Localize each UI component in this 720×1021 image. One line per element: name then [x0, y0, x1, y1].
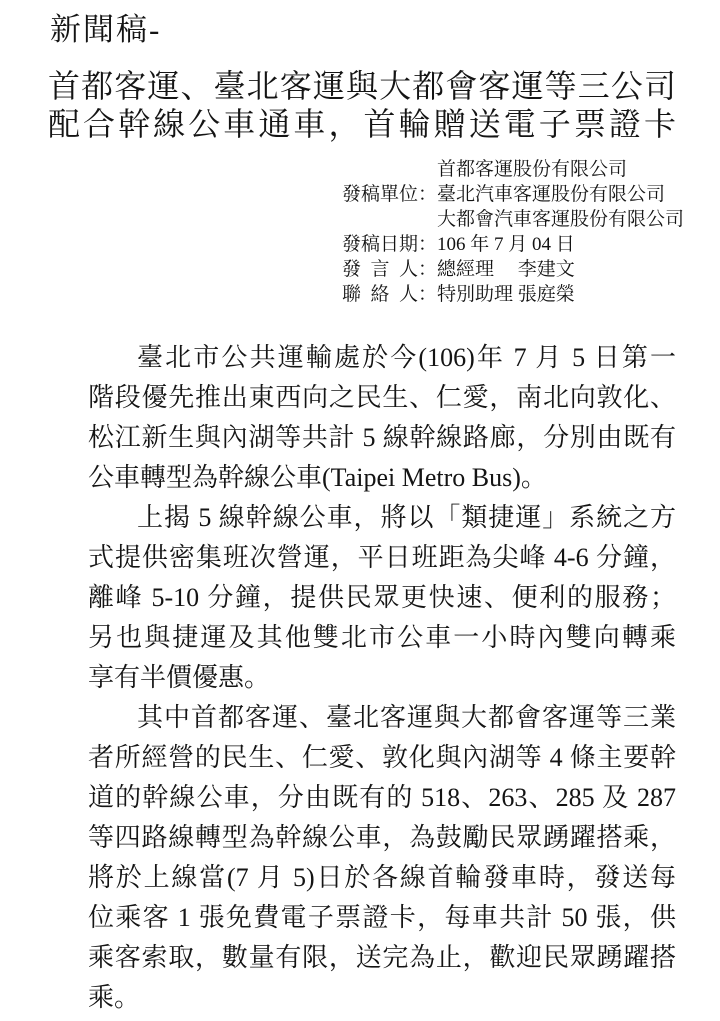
text-line: 松江新生與內湖等共計 5 線幹線路廊，分別由既有 [88, 418, 676, 458]
meta-separator [418, 207, 437, 232]
meta-label: 發稿單位 [342, 182, 418, 207]
meta-value: 首都客運股份有限公司 [437, 159, 627, 180]
text-line: 乘客索取，數量有限，送完為止，歡迎民眾踴躍搭 [88, 938, 676, 978]
text-line: 等四路線轉型為幹線公車，為鼓勵民眾踴躍搭乘， [88, 818, 676, 858]
meta-separator: ： [418, 282, 437, 307]
text-line: 享有半價優惠。 [88, 658, 676, 698]
title-line: 配合幹線公車通車，首輪贈送電子票證卡 [48, 105, 676, 143]
meta-value: 大都會汽車客運股份有限公司 [437, 209, 684, 230]
meta-row: 首都客運股份有限公司 [342, 157, 682, 182]
meta-row: 聯絡人：特別助理 張庭榮 [342, 282, 682, 307]
meta-separator [418, 157, 437, 182]
meta-value: 總經理 李建文 [437, 259, 575, 280]
text-line: 位乘客 1 張免費電子票證卡，每車共計 50 張，供 [88, 898, 676, 938]
text-line: 公車轉型為幹線公車(Taipei Metro Bus)。 [88, 458, 676, 498]
text-line: 上揭 5 線幹線公車，將以「類捷運」系統之方 [88, 498, 676, 538]
paragraph: 上揭 5 線幹線公車，將以「類捷運」系統之方式提供密集班次營運，平日班距為尖峰 … [88, 498, 676, 698]
press-release-title: 首都客運、臺北客運與大都會客運等三公司配合幹線公車通車，首輪贈送電子票證卡 [48, 67, 676, 143]
text-line: 另也與捷運及其他雙北市公車一小時內雙向轉乘 [88, 618, 676, 658]
meta-row: 大都會汽車客運股份有限公司 [342, 207, 682, 232]
meta-block: 首都客運股份有限公司發稿單位：臺北汽車客運股份有限公司 大都會汽車客運股份有限公… [342, 157, 682, 307]
meta-row: 發稿日期：106 年 7 月 04 日 [342, 232, 682, 257]
meta-label: 發稿日期 [342, 232, 418, 257]
meta-row: 發稿單位：臺北汽車客運股份有限公司 [342, 182, 682, 207]
meta-row: 發言人：總經理 李建文 [342, 257, 682, 282]
text-line: 者所經營的民生、仁愛、敦化與內湖等 4 條主要幹 [88, 738, 676, 778]
meta-label: 聯絡人 [342, 282, 418, 307]
text-line: 乘。 [88, 978, 676, 1018]
paragraph: 臺北市公共運輸處於今(106)年 7 月 5 日第一階段優先推出東西向之民生、仁… [88, 338, 676, 498]
doc-type-label: 新聞稿- [50, 12, 161, 48]
title-line: 首都客運、臺北客運與大都會客運等三公司 [48, 67, 676, 105]
meta-value: 特別助理 張庭榮 [437, 284, 575, 305]
paragraph: 其中首都客運、臺北客運與大都會客運等三業者所經營的民生、仁愛、敦化與內湖等 4 … [88, 698, 676, 1018]
meta-value: 106 年 7 月 04 日 [437, 234, 575, 255]
meta-separator: ： [418, 257, 437, 282]
meta-label: 發言人 [342, 257, 418, 282]
text-line: 階段優先推出東西向之民生、仁愛，南北向敦化、 [88, 378, 676, 418]
text-line: 其中首都客運、臺北客運與大都會客運等三業 [88, 698, 676, 738]
text-line: 道的幹線公車，分由既有的 518、263、285 及 287 [88, 778, 676, 818]
text-line: 式提供密集班次營運，平日班距為尖峰 4-6 分鐘， [88, 538, 676, 578]
text-line: 臺北市公共運輸處於今(106)年 7 月 5 日第一 [88, 338, 676, 378]
text-line: 離峰 5-10 分鐘，提供民眾更快速、便利的服務； [88, 578, 676, 618]
body-text: 臺北市公共運輸處於今(106)年 7 月 5 日第一階段優先推出東西向之民生、仁… [88, 338, 676, 1018]
document-page: 新聞稿- 首都客運、臺北客運與大都會客運等三公司配合幹線公車通車，首輪贈送電子票… [0, 0, 720, 1021]
text-line: 將於上線當(7 月 5)日於各線首輪發車時，發送每 [88, 858, 676, 898]
meta-value: 臺北汽車客運股份有限公司 [437, 184, 665, 205]
meta-separator: ： [418, 182, 437, 207]
meta-separator: ： [418, 232, 437, 257]
